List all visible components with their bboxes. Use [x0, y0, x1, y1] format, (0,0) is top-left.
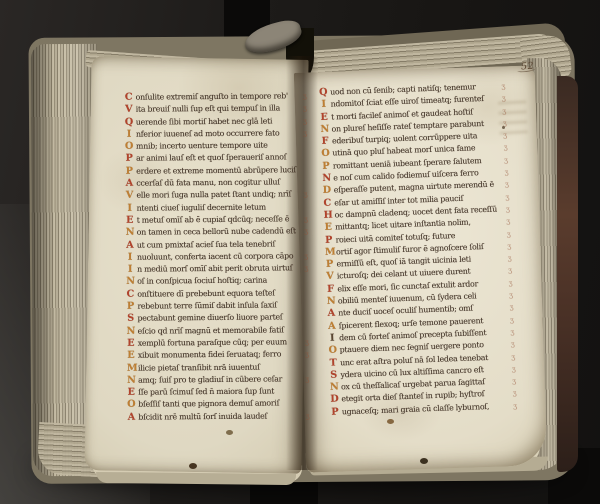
line-initial: P	[324, 234, 332, 247]
line-text: ntenti ciueſ iuguliſ decernite letum	[137, 202, 266, 212]
line-initial: N	[322, 173, 330, 186]
line-initial: A	[328, 320, 336, 333]
line-text: ſſe parū ſcimuſ ſed n̄ maiora ſup ſunt	[138, 387, 274, 397]
leather-cover-edge	[557, 76, 578, 472]
line-initial: N	[126, 276, 134, 288]
line-end-mark: ʒ	[303, 102, 307, 114]
line-initial: E	[127, 350, 135, 362]
line-end-mark: ʒ	[504, 166, 508, 178]
line-text: ar animi lauſ eſt et quoſ ſperaueriſ ann…	[136, 153, 286, 163]
line-text: mnib; incerto uenture tempore uite	[136, 141, 268, 151]
line-initial: C	[125, 92, 133, 104]
line-text: nferior iuueneſ ad moto occurrere fato	[136, 128, 280, 138]
line-initial: E	[126, 215, 134, 227]
line-end-mark: ʒ	[509, 289, 513, 301]
line-initial: S	[329, 369, 337, 382]
line-initial: N	[327, 296, 335, 309]
right-page-lines: Quod non cū ſenib; capti natiſq; tenemur…	[319, 80, 511, 418]
line-text: xibuit monumenta fidei ſeruataq; ferro	[138, 350, 281, 360]
line-initial: D	[323, 185, 331, 198]
line-initial: A	[327, 308, 335, 321]
parchment-stain	[387, 419, 394, 424]
line-initial: A	[126, 239, 134, 251]
line-initial: F	[326, 283, 334, 296]
line-initial: Q	[125, 116, 133, 128]
parchment-stain	[226, 430, 233, 435]
line-initial: V	[125, 190, 133, 202]
line-initial: P	[126, 301, 134, 313]
line-initial: O	[321, 148, 329, 161]
line-initial: N	[127, 325, 135, 337]
line-end-mark: ʒ	[507, 240, 511, 252]
line-initial: N	[320, 124, 328, 137]
line-initial: I	[126, 202, 134, 214]
line-initial: N	[126, 227, 134, 239]
line-initial: P	[325, 259, 333, 272]
line-initial: O	[328, 345, 336, 358]
line-text: on tamen in ceca bellorū nube cadendū eſ…	[137, 227, 296, 237]
line-end-mark: ʒ	[510, 326, 514, 338]
line-initial: P	[125, 165, 133, 177]
line-text: onſulite extremiſ anguſto in tempore reb…	[136, 91, 288, 101]
line-initial: A	[127, 411, 135, 423]
line-end-mark: ʒ	[506, 215, 510, 227]
line-end-mark: ʒ	[506, 203, 510, 215]
line-initial: O	[125, 141, 133, 153]
parchment-stain	[420, 458, 428, 464]
line-end-mark: ʒ	[512, 375, 516, 387]
line-initial: F	[321, 136, 329, 149]
line-initial: C	[323, 197, 331, 210]
line-text: rebebunt terre ſūmiſ dabit inſula ſaxiſ	[137, 301, 276, 311]
line-end-mark: ʒ	[512, 387, 516, 399]
line-initial: E	[320, 111, 328, 124]
line-text: ita breuiſ nulli ſup eſt qui tempuſ in i…	[136, 104, 280, 114]
line-initial: I	[328, 332, 336, 345]
line-end-mark: ʒ	[303, 127, 307, 139]
line-end-mark: ʒ	[504, 154, 508, 166]
line-text: t metuſ omīſ ab ē cupiaſ qdcūq; neceſſe …	[137, 214, 290, 224]
line-initial: N	[330, 382, 338, 395]
line-end-mark: ʒ	[507, 252, 511, 264]
line-end-mark: ʒ	[503, 142, 507, 154]
line-text: nuoluunt, conferta iacent cū corpora cāp…	[137, 251, 293, 261]
manuscript-photo: Conſulite extremiſ anguſto in tempore re…	[0, 0, 600, 504]
line-initial: I	[126, 252, 134, 264]
line-initial: H	[324, 210, 332, 223]
line-initial: D	[330, 394, 338, 407]
line-text: eſcio qd nrīſ magnū et memorabile fatiſ	[138, 325, 284, 335]
line-initial: V	[125, 104, 133, 116]
line-end-mark: ʒ	[305, 348, 309, 360]
folio-number: 52	[521, 61, 535, 73]
line-initial: P	[331, 406, 339, 419]
line-initial: S	[126, 313, 134, 325]
line-text: ut cum pmixtaſ acieſ ſua tela tenebriſ	[137, 239, 275, 249]
under-leaf	[96, 472, 296, 485]
line-text: elle mori ſuga nulla patet ſtant undiq; …	[136, 190, 291, 200]
line-initial: I	[319, 99, 327, 112]
line-end-mark: ʒ	[508, 277, 512, 289]
line-initial: C	[126, 288, 134, 300]
line-initial: I	[125, 129, 133, 141]
line-text: bſeſſiſ tanti que pignora demuſ amoriſ	[138, 399, 279, 409]
line-initial: M	[127, 362, 135, 374]
line-text: uerende ſibi mortiſ habet nec glā leti	[136, 116, 273, 126]
line-end-mark: ʒ	[305, 373, 309, 385]
line-text: erdere et extreme momentū abrūpere luciſ	[136, 165, 296, 175]
line-end-mark: ʒ	[505, 191, 509, 203]
line-text: pectabunt gemine diuerſo liuore parteſ	[137, 313, 282, 323]
line-end-mark: ʒ	[305, 336, 309, 348]
line-end-mark: ʒ	[304, 213, 308, 225]
left-page-lines: Conſulite extremiſ anguſto in tempore re…	[125, 90, 304, 424]
line-initial: T	[329, 357, 337, 370]
line-text: ilicie pietaſ tranſibit nrā iuuentuſ	[138, 362, 260, 372]
line-end-mark: ʒ	[304, 250, 308, 262]
line-text: xemplū fortuna paraſque cūq; per euum	[138, 337, 287, 347]
line-initial: E	[324, 222, 332, 235]
line-text: oſ in conſpicua ſociuſ hoſtiq; carina	[137, 276, 267, 286]
line-end-mark: ʒ	[306, 410, 310, 422]
line-initial: I	[126, 264, 134, 276]
line-end-mark: ʒ	[508, 265, 512, 277]
line-end-mark: ʒ	[303, 115, 307, 127]
line-end-mark: ʒ	[304, 225, 308, 237]
line-initial: V	[326, 271, 334, 284]
line-initial: N	[127, 375, 135, 387]
line-text: n mediū morſ omīſ abit perit obruta uirt…	[137, 263, 292, 273]
parchment-stain	[189, 463, 197, 469]
line-end-mark: ʒ	[512, 363, 516, 375]
line-initial: A	[125, 178, 133, 190]
line-end-mark: ʒ	[303, 90, 307, 102]
line-end-mark: ʒ	[510, 314, 514, 326]
line-end-mark: ʒ	[509, 301, 513, 313]
line-initial: P	[322, 160, 330, 173]
text-line: Abſcidit nrē multū ſorſ inuida laudeſʒ	[127, 410, 303, 424]
line-initial: E	[127, 338, 135, 350]
line-text: bſcidit nrē multū ſorſ inuida laudeſ	[138, 411, 267, 421]
line-end-mark: ʒ	[507, 228, 511, 240]
line-end-mark: ʒ	[505, 178, 509, 190]
line-end-mark: ʒ	[501, 80, 505, 92]
line-initial: M	[325, 246, 333, 259]
line-initial: P	[125, 153, 133, 165]
line-initial: E	[127, 387, 135, 399]
line-initial: O	[127, 399, 135, 411]
line-text: onſtituere dī prebebunt equora teſteſ	[137, 288, 275, 298]
line-end-mark: ʒ	[513, 400, 517, 412]
line-end-mark: ʒ	[511, 338, 515, 350]
line-end-mark: ʒ	[511, 351, 515, 363]
line-end-mark: ʒ	[304, 262, 308, 274]
line-end-mark: ʒ	[304, 189, 308, 201]
line-text: ccerſaſ dū fata manu, non cogitur ulluſ	[136, 178, 280, 188]
line-text: amq; ſuiſ pro te gladiuſ in cūbere ceſar	[138, 374, 282, 384]
faded-marginalia-smudge	[498, 100, 528, 139]
line-initial: Q	[319, 87, 327, 100]
